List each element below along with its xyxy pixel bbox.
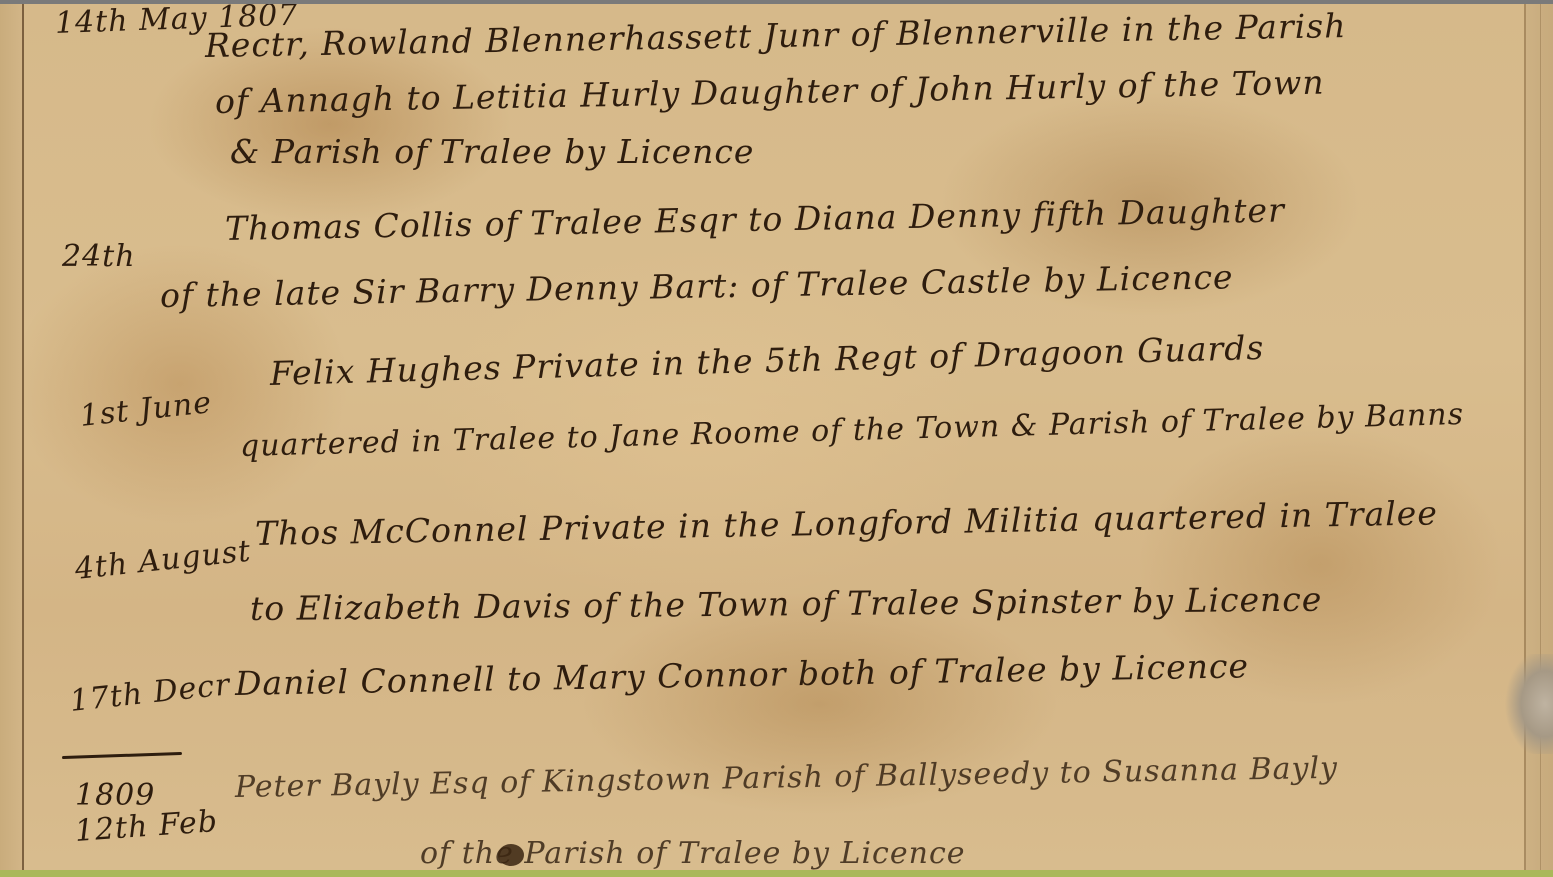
entry-line: of the late Sir Barry Denny Bart: of Tra…: [160, 257, 1234, 315]
page-binding: [0, 4, 22, 870]
left-margin-rule: [22, 4, 24, 870]
entry-line: Thos McConnel Private in the Longford Mi…: [255, 493, 1438, 553]
cloth-fold: [1505, 654, 1553, 754]
entry-line: quartered in Tralee to Jane Roome of the…: [240, 397, 1465, 464]
entry-line: of Annagh to Letitia Hurly Daughter of J…: [215, 63, 1325, 121]
entry-line: Rectr, Rowland Blennerhassett Junr of Bl…: [205, 6, 1347, 65]
entry-line: & Parish of Tralee by Licence: [230, 132, 754, 171]
entry-date: 17th Decr: [68, 667, 232, 719]
entry-line: to Elizabeth Davis of the Town of Tralee…: [250, 580, 1323, 628]
entry-line: Daniel Connell to Mary Connor both of Tr…: [235, 646, 1250, 703]
ink-blot: [498, 844, 524, 866]
entry-line: Thomas Collis of Tralee Esqr to Diana De…: [225, 191, 1285, 248]
entry-date: 1st June: [78, 385, 213, 434]
entry-line: Felix Hughes Private in the 5th Regt of …: [269, 328, 1264, 393]
section-divider: [62, 752, 182, 759]
entry-date: 4th August: [73, 534, 253, 587]
entry-date: 24th: [62, 239, 136, 274]
entry-year: 1809: [75, 778, 155, 813]
register-page: 14th May 1807 Rectr, Rowland Blennerhass…: [0, 4, 1553, 870]
entry-line: Peter Bayly Esq of Kingstown Parish of B…: [235, 751, 1339, 805]
document-viewer: 14th May 1807 Rectr, Rowland Blennerhass…: [0, 0, 1553, 877]
viewer-footer-bar: [0, 870, 1553, 877]
